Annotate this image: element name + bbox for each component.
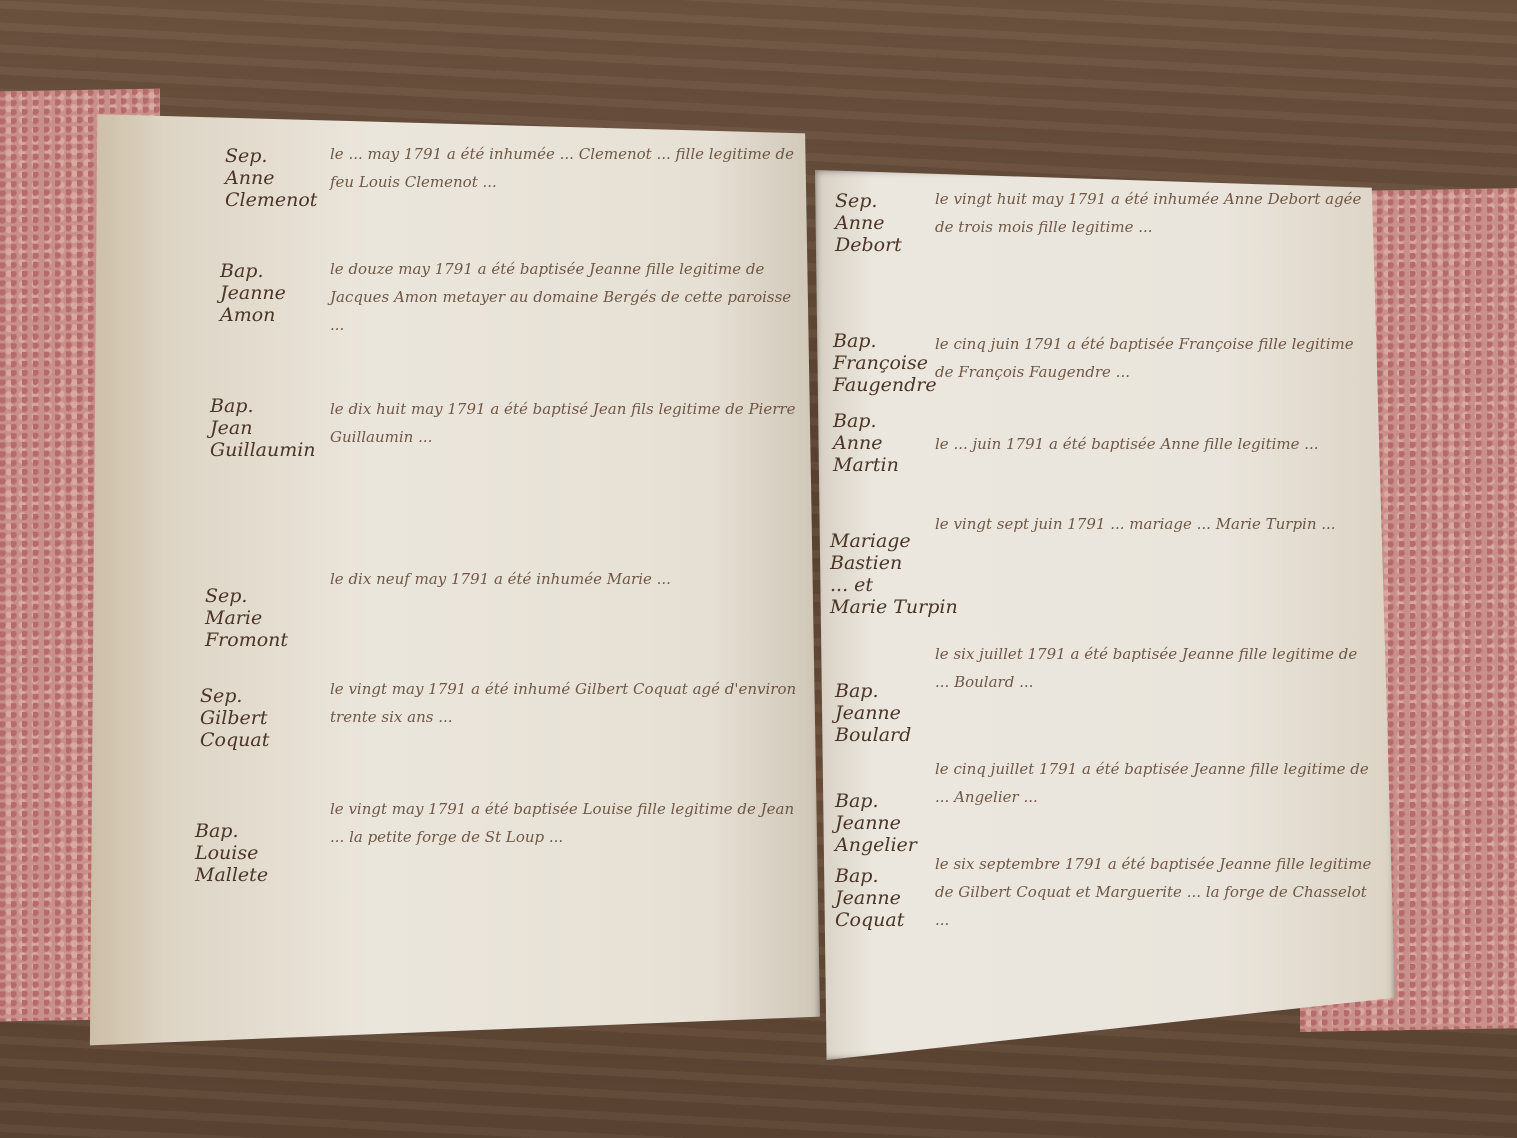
register-entry: le six juillet 1791 a été baptisée Jeann… (935, 640, 1375, 696)
margin-name: Bap. Jeanne Amon (220, 260, 286, 326)
margin-name: Sep. Anne Clemenot (225, 145, 317, 211)
margin-name: Sep. Marie Fromont (205, 585, 288, 651)
register-entry: le ... may 1791 a été inhumée ... Clemen… (330, 140, 800, 196)
margin-name: Bap. Anne Martin (833, 410, 899, 476)
register-entry: le cinq juin 1791 a été baptisée Françoi… (935, 330, 1375, 386)
margin-name: Bap. Françoise Faugendre (833, 330, 937, 396)
register-entry: le vingt sept juin 1791 ... mariage ... … (935, 510, 1375, 538)
margin-name: Mariage Bastien ... et Marie Turpin (830, 530, 958, 618)
register-entry: le ... juin 1791 a été baptisée Anne fil… (935, 430, 1375, 458)
register-entry: le vingt may 1791 a été inhumé Gilbert C… (330, 675, 800, 731)
register-entry: le vingt huit may 1791 a été inhumée Ann… (935, 185, 1375, 241)
margin-name: Bap. Jeanne Coquat (835, 865, 904, 931)
register-entry: le dix neuf may 1791 a été inhumée Marie… (330, 565, 800, 593)
margin-name: Bap. Jeanne Boulard (835, 680, 911, 746)
register-entry: le cinq juillet 1791 a été baptisée Jean… (935, 755, 1375, 811)
margin-name: Bap. Jeanne Angelier (835, 790, 917, 856)
register-entry: le douze may 1791 a été baptisée Jeanne … (330, 255, 800, 339)
margin-name: Sep. Gilbert Coquat (200, 685, 269, 751)
register-entry: le vingt may 1791 a été baptisée Louise … (330, 795, 800, 851)
register-page-left: Sep. Anne Clemenot Bap. Jeanne Amon Bap.… (75, 95, 820, 1055)
register-entry: le six septembre 1791 a été baptisée Jea… (935, 850, 1375, 934)
register-entry: le dix huit may 1791 a été baptisé Jean … (330, 395, 800, 451)
margin-name: Sep. Anne Debort (835, 190, 902, 256)
margin-name: Bap. Jean Guillaumin (210, 395, 316, 461)
margin-name: Bap. Louise Mallete (195, 820, 268, 886)
register-page-right: Sep. Anne Debort Bap. Françoise Faugendr… (815, 170, 1395, 1060)
